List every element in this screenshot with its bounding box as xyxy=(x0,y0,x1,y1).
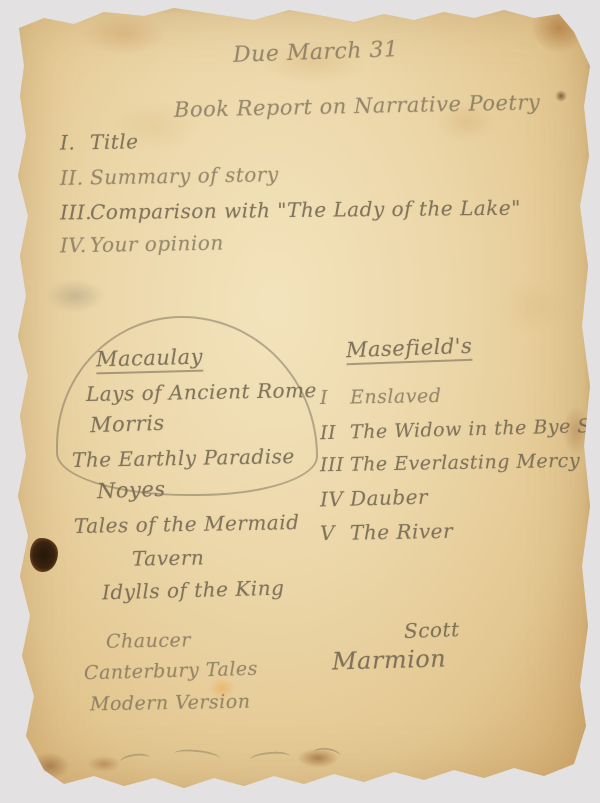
list-line: Tavern xyxy=(132,545,205,570)
item-numeral: V xyxy=(320,521,350,546)
item-text: The Widow in the Bye Street xyxy=(350,414,600,444)
outline-numeral: I. xyxy=(60,130,90,155)
masefield-item-3: III The Everlasting Mercy xyxy=(320,450,580,477)
circled-heading-text: Macaulay xyxy=(96,345,204,375)
masefield-item-5: V The River xyxy=(320,519,453,545)
masefield-heading-text: Masefield's xyxy=(346,334,473,365)
paper-sheet: Due March 31 Book Report on Narrative Po… xyxy=(14,6,592,792)
item-text: Enslaved xyxy=(350,385,442,409)
circled-heading: Macaulay xyxy=(96,345,204,372)
scanned-page: Due March 31 Book Report on Narrative Po… xyxy=(0,0,600,803)
item-numeral: IV xyxy=(320,487,351,512)
outline-item-1: I. Title xyxy=(60,129,139,154)
list-line: Canterbury Tales xyxy=(84,658,258,685)
outline-text: Summary of story xyxy=(90,162,279,189)
outline-item-4: IV. Your opinion xyxy=(60,231,224,258)
circled-line: The Earthly Paradise xyxy=(72,444,295,472)
masefield-item-4: IV Dauber xyxy=(320,485,429,512)
item-text: Dauber xyxy=(350,485,429,511)
masefield-item-1: I Enslaved xyxy=(320,385,442,409)
scott-author: Scott xyxy=(404,617,460,643)
list-line: Chaucer xyxy=(106,629,191,652)
outline-text: Title xyxy=(90,129,139,154)
list-line: Modern Version xyxy=(90,691,251,716)
outline-numeral: III. xyxy=(60,200,90,224)
outline-text: Your opinion xyxy=(90,231,224,257)
list-line: Tales of the Mermaid xyxy=(74,510,300,538)
scott-work: Marmion xyxy=(332,645,447,676)
masefield-item-2: II The Widow in the Bye Street xyxy=(320,414,600,444)
list-line: Noyes xyxy=(97,477,166,503)
cutoff-writing-stroke xyxy=(119,752,150,768)
item-numeral: I xyxy=(320,387,350,410)
page-title: Book Report on Narrative Poetry xyxy=(174,90,541,122)
date-line: Due March 31 xyxy=(233,37,399,68)
outline-text: Comparison with "The Lady of the Lake" xyxy=(90,196,521,225)
cutoff-writing-stroke xyxy=(173,748,220,765)
item-numeral: II xyxy=(320,421,351,444)
outline-numeral: II. xyxy=(60,165,90,190)
item-text: The Everlasting Mercy xyxy=(350,450,580,476)
outline-numeral: IV. xyxy=(60,233,90,258)
burn-hole xyxy=(30,538,58,572)
outline-item-2: II. Summary of story xyxy=(60,162,279,190)
cutoff-writing-stroke xyxy=(250,750,291,765)
outline-item-3: III. Comparison with "The Lady of the La… xyxy=(60,196,521,225)
item-text: The River xyxy=(350,519,453,545)
circled-line: Lays of Ancient Rome xyxy=(86,378,317,406)
item-numeral: III xyxy=(320,454,350,477)
circled-line: Morris xyxy=(90,411,166,438)
masefield-heading: Masefield's xyxy=(346,334,473,362)
cutoff-writing-stroke xyxy=(313,746,340,762)
list-line: Idylls of the King xyxy=(102,576,285,605)
